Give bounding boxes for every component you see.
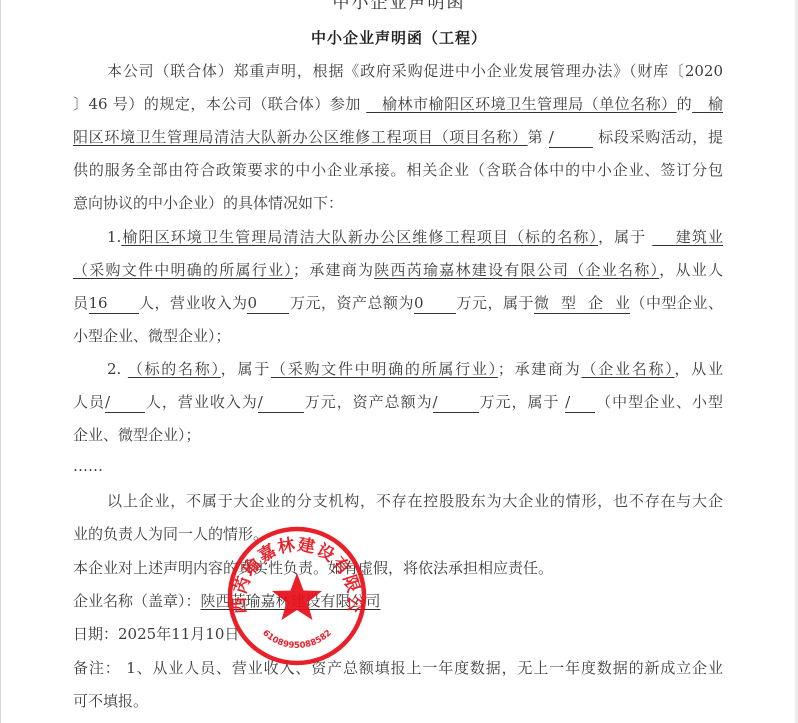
intro-line-4: 供的服务全部由符合政策要求的中小企业承接。相关企业（含联合体中的中小企业、签订分…: [73, 158, 723, 182]
item1-contractor-label: ；承建商为: [293, 261, 374, 279]
item2-line-3: 企业、微型企业）；: [73, 423, 723, 447]
item1-belongs-label: ，属于: [598, 228, 646, 246]
item2-revenue-field: /: [258, 392, 304, 413]
procuring-unit: 榆林市榆阳区环境卫生管理局（单位名称）: [366, 95, 676, 113]
company-signature-line: 企业名称（盖章）：陕西芮瑜嘉林建设有限公司: [73, 589, 723, 613]
item1-line-1: 1.榆阳区环境卫生管理局清洁大队新办公区维修工程项目（标的名称），属于 建筑业: [107, 225, 723, 249]
item1-subject: 榆阳区环境卫生管理局清洁大队新办公区维修工程项目（标的名称）: [121, 228, 598, 246]
intro-line-5: 意向协议的中小企业）的具体情况如下：: [73, 191, 723, 215]
item1-assets-label: 万元，资产总额为: [289, 294, 413, 312]
page-edge-left: [0, 0, 1, 723]
item1-revenue-label: 人，营业收入为: [139, 294, 248, 312]
item1-enterprise-type-field: 微型企业: [534, 293, 630, 314]
intro-line-3-suffix: 标段采购活动，提: [598, 128, 723, 146]
item2-employees-field: /: [105, 392, 145, 413]
item2-assets-field: /: [433, 392, 479, 413]
item1-employees-label-b: 员: [73, 294, 89, 312]
date-value: 2025年11月10日: [118, 625, 239, 643]
project-name-start-text: 榆: [708, 95, 723, 113]
note-line-2: 可不填报。: [73, 689, 723, 713]
item1-employees-label-a: ，从业人: [659, 261, 723, 279]
item2-belongs-label: ，属于: [221, 360, 271, 378]
statement-line-2: 业的负责人为同一人的情形。: [73, 522, 723, 546]
item2-number: 2.: [107, 360, 121, 378]
item1-contractor: 陕西芮瑜嘉林建设有限公司（企业名称）: [374, 261, 659, 279]
project-name-rest: 阳区环境卫生管理局清洁大队新办公区维修工程项目（项目名称）: [73, 128, 528, 146]
company-name-value: 陕西芮瑜嘉林建设有限公司: [201, 592, 381, 610]
item2-contractor-label: ；承建商为: [498, 360, 582, 378]
intro-line-3-mid: 第: [528, 128, 544, 146]
item1-line-3: 员16人，营业收入为0万元，资产总额为0万元，属于微型企业（中型企业、: [73, 291, 723, 315]
intro-line-3: 阳区环境卫生管理局清洁大队新办公区维修工程项目（项目名称）第 / 标段采购活动，…: [73, 125, 723, 149]
date-line: 日期：2025年11月10日: [73, 622, 723, 646]
ellipsis: ……: [73, 454, 723, 478]
item1-number: 1.: [107, 228, 121, 246]
date-label: 日期：: [73, 625, 118, 643]
intro-line-1: 本公司（联合体）郑重声明，根据《政府采购促进中小企业发展管理办法》（财库〔202…: [107, 59, 723, 83]
item2-enterprise-type-field: /: [565, 392, 595, 413]
document-title: 中小企业声明函（工程）: [0, 27, 798, 48]
statement-line-1: 以上企业，不属于大企业的分支机构，不存在控股股东为大企业的情形，也不存在与大企: [107, 489, 723, 513]
item2-contractor: （企业名称）: [582, 360, 675, 378]
item2-type-options-a: （中型企业、小型: [595, 393, 723, 411]
item1-type-options-a: （中型企业、: [630, 294, 723, 312]
item2-subject: （标的名称）: [128, 360, 221, 378]
intro-line-2-mid: 的: [677, 95, 693, 113]
item1-industry-text: 建筑业: [676, 228, 723, 246]
item2-type-label: 万元，属于: [479, 393, 560, 411]
intro-line-2: 〕46 号）的规定，本公司（联合体）参加 榆林市榆阳区环境卫生管理局（单位名称）…: [73, 92, 723, 116]
item1-type-label: 万元，属于: [456, 294, 534, 312]
intro-line-2-prefix: 〕46 号）的规定，本公司（联合体）参加: [73, 95, 361, 113]
item2-line-2: 人员/人，营业收入为/万元，资产总额为/万元，属于 /（中型企业、小型: [73, 390, 723, 414]
company-name-label: 企业名称（盖章）：: [73, 592, 201, 610]
item2-industry-note: （采购文件中明确的所属行业）: [271, 360, 498, 378]
section-number-field: /: [549, 127, 593, 148]
item1-line-2: （采购文件中明确的所属行业）；承建商为陕西芮瑜嘉林建设有限公司（企业名称），从业…: [73, 258, 723, 282]
previous-title-partial: 中小企业声明函: [0, 0, 798, 13]
item1-revenue-field: 0: [247, 293, 289, 314]
item2-employees-label-b: 人员: [73, 393, 105, 411]
item2-revenue-label: 人，营业收入为: [145, 393, 258, 411]
note-line-1: 备注： 1、从业人员、营业收入、资产总额填报上一年度数据，无上一年度数据的新成立…: [73, 656, 723, 680]
item2-line-1: 2. （标的名称），属于（采购文件中明确的所属行业）；承建商为（企业名称），从业: [107, 357, 723, 381]
item1-line-4: 小型企业、微型企业）；: [73, 324, 723, 348]
item1-industry-note: （采购文件中明确的所属行业）: [73, 261, 293, 279]
statement-line-3: 本企业对上述声明内容的真实性负责。如有虚假，将依法承担相应责任。: [73, 556, 723, 580]
item2-employees-label-a: ，从业: [674, 360, 722, 378]
item1-employees-field: 16: [89, 293, 139, 314]
procuring-unit-text: 榆林市榆阳区环境卫生管理局（单位名称）: [382, 95, 677, 113]
item1-industry: 建筑业: [652, 228, 723, 246]
item1-assets-field: 0: [414, 293, 456, 314]
project-name-start: 榆: [692, 95, 723, 113]
item2-assets-label: 万元，资产总额为: [304, 393, 433, 411]
